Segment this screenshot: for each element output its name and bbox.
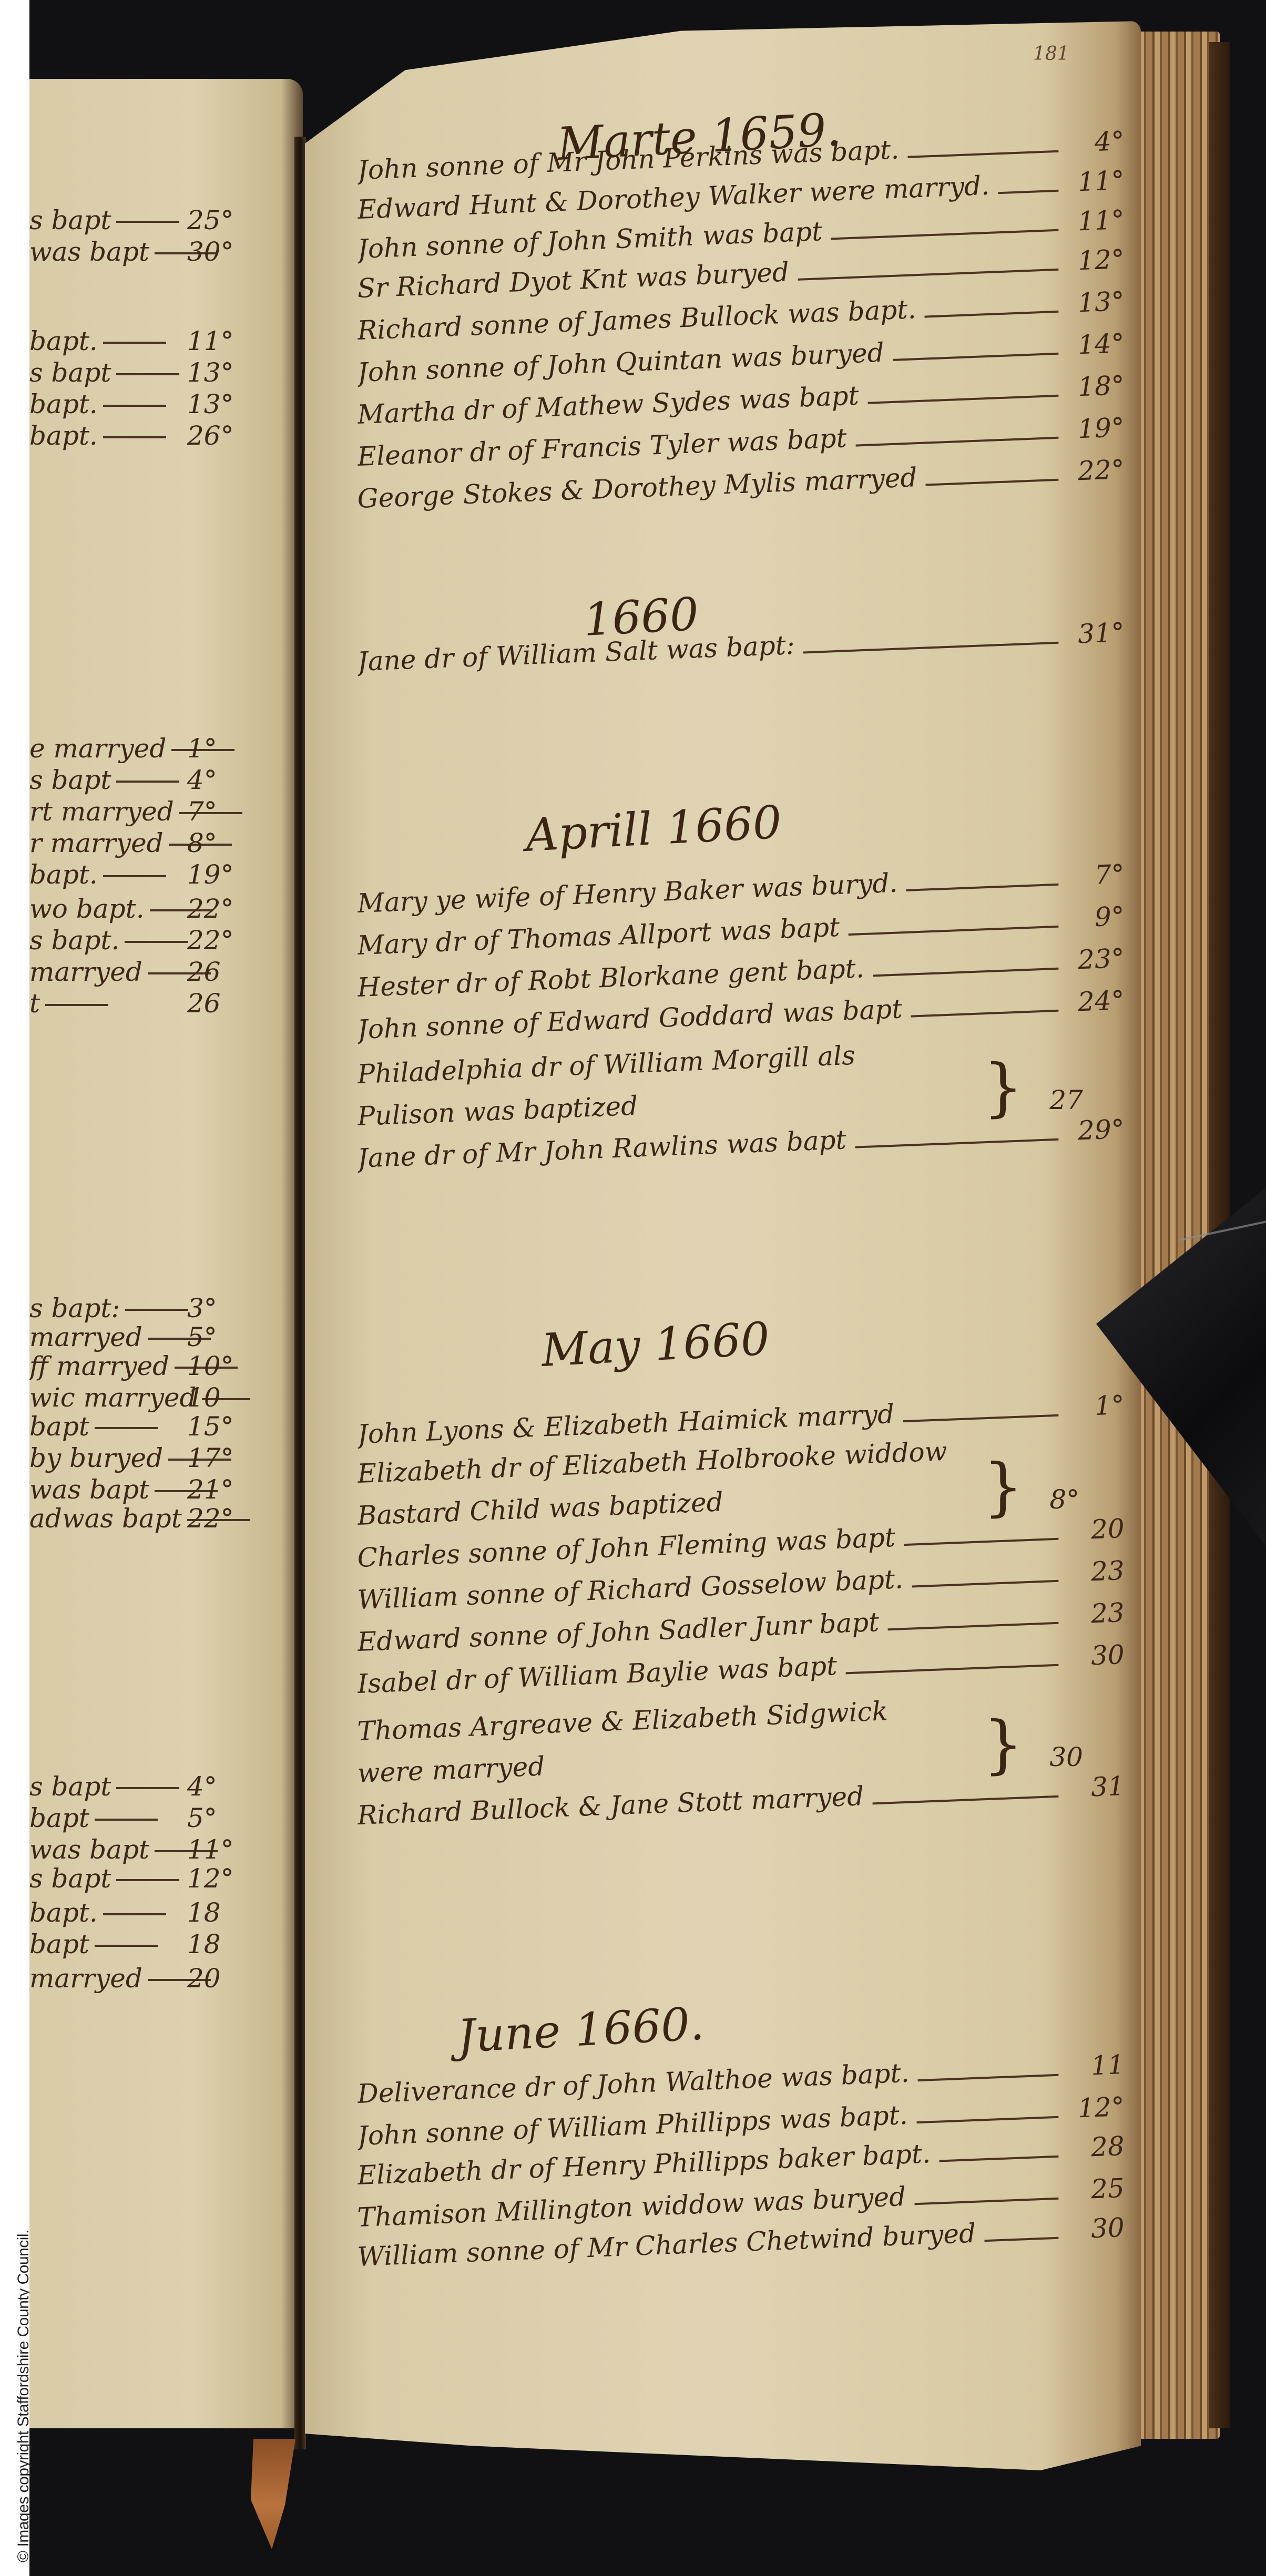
entry-text: s bapt	[29, 1771, 111, 1802]
entry-text: marryed	[29, 1963, 142, 1994]
entry-day: 11	[1066, 2049, 1125, 2082]
entry-day: 7°	[187, 796, 217, 827]
entry-text: bapt	[29, 1411, 89, 1442]
leader-line	[904, 1538, 1058, 1546]
entry-day: 4°	[187, 765, 217, 795]
brace-glyph: }	[983, 1451, 1023, 1524]
entry-day: 24°	[1066, 985, 1125, 1018]
brace-group: }8°	[983, 1451, 1079, 1524]
leader-line	[103, 342, 166, 344]
entry-text: s bapt:	[29, 1293, 120, 1323]
entry-day: 30	[1066, 2212, 1125, 2245]
leader-line	[912, 1580, 1058, 1588]
entry-text: bapt.	[29, 859, 98, 890]
left-entry: wic marryed10	[29, 1382, 250, 1413]
entry-text: by buryed	[29, 1443, 163, 1473]
entry-day: 22°	[187, 1503, 234, 1534]
left-entry: rt marryed7°	[29, 796, 250, 827]
entry-day: 21°	[187, 1474, 234, 1505]
entry-day: 12°	[187, 1863, 234, 1894]
left-entry: bapt.13°	[29, 389, 250, 419]
leader-line	[873, 1795, 1059, 1805]
entry-day: 26°	[187, 420, 234, 451]
entry-day: 10	[187, 1382, 221, 1413]
entry-text: marryed	[29, 957, 142, 987]
entry-day: 27	[1049, 1085, 1083, 1115]
entry-day: 12°	[1066, 2091, 1125, 2124]
leader-line	[998, 190, 1058, 194]
entry-day: 9°	[1066, 901, 1125, 933]
left-entry: s bapt12°	[29, 1863, 250, 1894]
entry-text: was bapt	[29, 1474, 149, 1505]
entry-day: 7°	[1066, 859, 1125, 891]
leader-line	[855, 1138, 1058, 1148]
leader-line	[831, 229, 1059, 240]
leader-line	[125, 941, 188, 943]
left-entry: was bapt30°	[29, 237, 250, 267]
brace-glyph: }	[983, 1708, 1023, 1781]
entry-text: wic marryed	[29, 1382, 197, 1413]
leader-line	[873, 968, 1058, 977]
entry-day: 19°	[1066, 412, 1125, 445]
book-gutter	[294, 137, 306, 2449]
entry-text: s bapt	[29, 1863, 111, 1894]
leader-line	[906, 884, 1059, 891]
leader-line	[926, 479, 1059, 486]
left-entry: bapt.19°	[29, 859, 250, 890]
left-entry: ff marryed10°	[29, 1351, 250, 1381]
entry-text: r marryed	[29, 828, 164, 858]
entry-text: s bapt	[29, 765, 111, 795]
leader-line	[798, 269, 1058, 281]
left-entry: s bapt13°	[29, 357, 250, 388]
entry-day: 11°	[1066, 204, 1125, 237]
entry-day: 28	[1066, 2131, 1125, 2163]
entry-day: 4°	[1066, 126, 1125, 158]
left-entry: t26	[29, 988, 250, 1019]
left-entry: bapt15°	[29, 1411, 250, 1442]
left-entry: r marryed8°	[29, 828, 250, 858]
entry-text: wo bapt.	[29, 894, 145, 924]
left-entry: s bapt:3°	[29, 1293, 250, 1323]
entry-day: 17°	[187, 1443, 234, 1473]
entry-day: 1°	[187, 733, 217, 764]
leader-line	[893, 353, 1058, 361]
leader-line	[95, 1427, 158, 1429]
bookmark-ribbon	[243, 2439, 295, 2549]
entry-text: t	[29, 988, 40, 1019]
entry-day: 14°	[1066, 328, 1125, 361]
entry-day: 5°	[187, 1322, 217, 1352]
entry-day: 3°	[187, 1293, 217, 1323]
entry-text: was bapt	[29, 237, 149, 267]
entry-text: bapt.	[29, 1897, 98, 1928]
entry-day: 30	[1066, 1639, 1125, 1672]
brace-group: }30	[983, 1708, 1083, 1781]
entry-day: 25	[1066, 2173, 1125, 2205]
entry-text: was bapt	[29, 1834, 149, 1865]
leader-line	[95, 1945, 158, 1947]
leader-line	[116, 781, 179, 783]
entry-day: 8°	[187, 828, 217, 858]
entry-day: 26	[187, 957, 221, 987]
entry-day: 23	[1066, 1555, 1125, 1588]
entry-day: 13°	[187, 389, 234, 419]
leader-line	[984, 2237, 1058, 2242]
left-entry: marryed26	[29, 957, 250, 987]
copyright-strip: © Images copyright Staffordshire County …	[0, 0, 29, 2576]
leader-line	[925, 311, 1059, 318]
entry-day: 11°	[187, 326, 234, 356]
entry-text: adwas bapt	[29, 1503, 182, 1534]
entry-text: bapt.	[29, 420, 98, 451]
entry-day: 13°	[1066, 286, 1125, 319]
entry-text: bapt	[29, 1929, 89, 1959]
entry-day: 31°	[1066, 617, 1125, 650]
entry-text: bapt	[29, 1803, 89, 1833]
entry-day: 12°	[1066, 244, 1125, 276]
entry-day: 8°	[1049, 1484, 1079, 1515]
left-entry: bapt.18	[29, 1897, 250, 1928]
leader-line	[903, 1414, 1058, 1422]
entry-day: 4°	[187, 1771, 217, 1802]
entry-day: 26	[187, 988, 221, 1019]
left-entry: adwas bapt22°	[29, 1503, 250, 1534]
left-entry: was bapt21°	[29, 1474, 250, 1505]
leader-line	[116, 1787, 179, 1789]
entry-day: 18	[187, 1929, 221, 1959]
left-entry: bapt5°	[29, 1803, 250, 1833]
leader-line	[907, 150, 1058, 158]
entry-text: s bapt	[29, 357, 111, 388]
leader-line	[103, 436, 166, 438]
entry-day: 10°	[187, 1351, 234, 1381]
folio-number: 181	[1033, 43, 1069, 65]
left-entry: wo bapt.22°	[29, 894, 250, 924]
leader-line	[911, 1010, 1059, 1018]
entry-day: 11°	[187, 1834, 234, 1865]
entry-day: 22°	[1066, 454, 1125, 487]
entry-day: 1°	[1066, 1390, 1125, 1422]
left-entry: bapt.11°	[29, 326, 250, 356]
leader-line	[125, 1309, 188, 1311]
leader-line	[888, 1622, 1059, 1630]
leader-line	[803, 642, 1058, 654]
leader-line	[849, 926, 1059, 936]
leader-line	[916, 2116, 1058, 2123]
entry-text: marryed	[29, 1322, 142, 1352]
entry-text: rt marryed	[29, 796, 174, 827]
entry-day: 23°	[1066, 943, 1125, 976]
leader-line	[45, 1004, 108, 1006]
leader-line	[914, 2198, 1058, 2205]
left-entry: bapt18	[29, 1929, 250, 1959]
leader-line	[116, 373, 179, 375]
leader-line	[103, 875, 166, 877]
entry-day: 13°	[187, 357, 234, 388]
entry-day: 20	[187, 1963, 221, 1994]
entry-text: were marryed	[357, 1751, 546, 1789]
left-entry: was bapt11°	[29, 1834, 250, 1865]
entry-day: 5°	[187, 1803, 217, 1833]
left-entry: marryed5°	[29, 1322, 250, 1352]
entry-day: 22°	[187, 894, 234, 924]
brace-glyph: }	[983, 1051, 1023, 1124]
leader-line	[867, 395, 1058, 404]
left-entry: s bapt25°	[29, 205, 250, 235]
entry-text: bapt.	[29, 389, 98, 419]
entry-day: 23	[1066, 1597, 1125, 1630]
entry-day: 11°	[1066, 165, 1125, 198]
leader-line	[95, 1819, 158, 1821]
left-entry: s bapt.22°	[29, 925, 250, 956]
entry-day: 15°	[187, 1411, 234, 1442]
leader-line	[918, 2074, 1059, 2081]
entry-day: 18	[187, 1897, 221, 1928]
entry-text: ff marryed	[29, 1351, 169, 1381]
entry-day: 25°	[187, 205, 234, 235]
entry-day: 30	[1049, 1742, 1083, 1772]
left-entry: bapt.26°	[29, 420, 250, 451]
entry-day: 22°	[187, 925, 234, 956]
left-entry: s bapt4°	[29, 1771, 250, 1802]
left-entry: s bapt4°	[29, 765, 250, 795]
entry-day: 18°	[1066, 370, 1125, 403]
entry-text: bapt.	[29, 326, 98, 356]
left-entry: by buryed17°	[29, 1443, 250, 1473]
left-entry: marryed20	[29, 1963, 250, 1994]
leader-line	[116, 1879, 179, 1881]
entry-day: 30°	[187, 237, 234, 267]
leader-line	[939, 2156, 1058, 2162]
brace-group: }27	[983, 1051, 1083, 1124]
leader-line	[846, 1664, 1059, 1675]
entry-text: e marryed	[29, 733, 166, 764]
leader-line	[116, 221, 179, 223]
entry-text: s bapt	[29, 205, 111, 235]
leader-line	[103, 405, 166, 407]
left-entry: e marryed1°	[29, 733, 250, 764]
entry-day: 19°	[187, 859, 234, 890]
leader-line	[103, 1913, 166, 1915]
leader-line	[855, 437, 1058, 447]
entry-text: s bapt.	[29, 925, 119, 956]
